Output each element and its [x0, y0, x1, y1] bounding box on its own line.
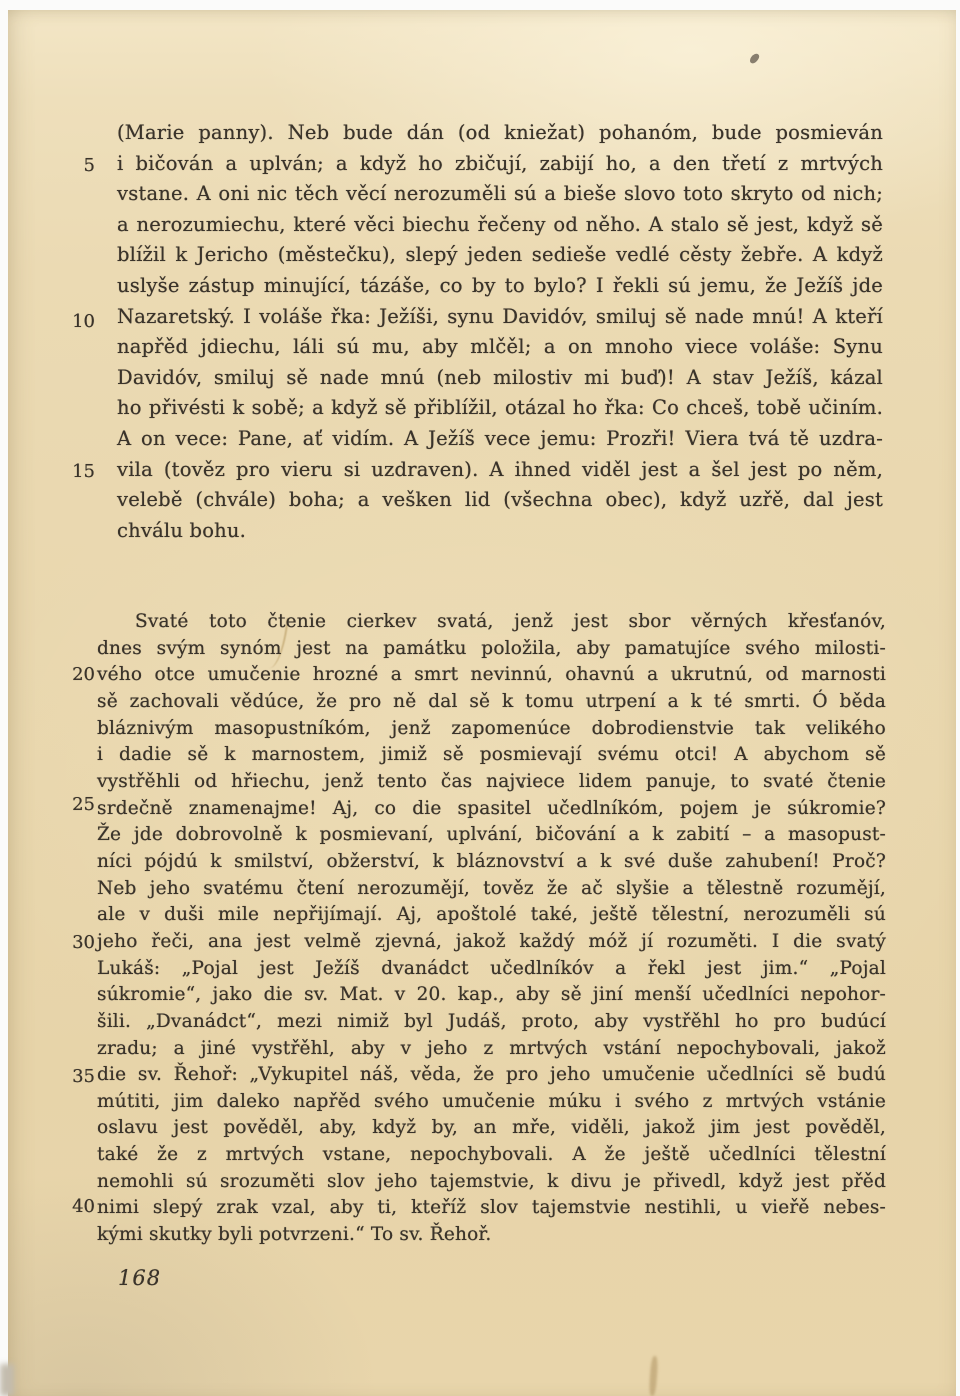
text-line: súkromie“, jako die sv. Mat. v 20. kap.,… [97, 982, 886, 1009]
text-line: velebě (chvále) boha; a vešken lid (všec… [117, 485, 883, 516]
margin-line-number-15: 15 [35, 458, 95, 486]
corner-shadow [0, 1364, 14, 1396]
scanned-book-page: 5 10 15 20 25 30 35 40 (Marie panny). Ne… [0, 0, 960, 1396]
text-line: die sv. Řehoř: „Vykupitel náš, věda, že … [97, 1062, 886, 1089]
text-line: vstane. A oni nic těch věcí nerozuměli s… [117, 179, 883, 210]
text-line: (Marie panny). Neb bude dán (od kniežat)… [117, 118, 883, 149]
commentary-paragraph: Svaté toto čtenie cierkev svatá, jenž je… [97, 609, 886, 1249]
text-line: uslyše zástup minující, tázáše, co by to… [117, 271, 883, 302]
text-line: sě zachovali vědúce, že pro ně dal sě k … [97, 689, 886, 716]
text-line: mútiti, jim daleko napřěd svého umučenie… [97, 1089, 886, 1116]
text-line: nemohli sú srozuměti slov jeho tajemstvi… [97, 1169, 886, 1196]
text-line: šili. „Dvanádct“, mezi nimiž byl Judáš, … [97, 1009, 886, 1036]
text-line: vila (tověz pro vieru si uzdraven). A ih… [117, 455, 883, 486]
text-line: bláznivým masopustníkóm, jenž zapomenúce… [97, 716, 886, 743]
text-line: Neb jeho svatému čtení nerozumějí, tověz… [97, 876, 886, 903]
text-line: ale v duši mile nepřijímají. Aj, apoštol… [97, 902, 886, 929]
text-line: a nerozumiechu, které věci biechu řečeny… [117, 210, 883, 241]
margin-line-number-40: 40 [35, 1193, 95, 1221]
text-line: i dadie sě k marnostem, jimiž sě posmiev… [97, 742, 886, 769]
text-line: napřěd jdiechu, láli sú mu, aby mlčěl; a… [117, 332, 883, 363]
margin-line-number-25: 25 [35, 791, 95, 819]
text-line: blížil k Jericho (městečku), slepý jeden… [117, 240, 883, 271]
text-line: také že z mrtvých vstane, nepochybovali.… [97, 1142, 886, 1169]
text-line: vého otce umučenie hrozné a smrt nevinnú… [97, 662, 886, 689]
margin-line-number-20: 20 [35, 661, 95, 689]
margin-line-number-5: 5 [35, 152, 95, 180]
text-line: vystřěhli od hřiechu, jenž tento čas naj… [97, 769, 886, 796]
text-line: jeho řeči, ana jest velmě zjevná, jakož … [97, 929, 886, 956]
margin-line-number-30: 30 [35, 929, 95, 957]
text-line: nimi slepý zrak vzal, aby ti, kteříž slo… [97, 1195, 886, 1222]
margin-line-number-35: 35 [35, 1063, 95, 1091]
text-line: Že jde dobrovolně k posmievaní, uplvání,… [97, 822, 886, 849]
text-line: níci pójdú k smilství, obžerství, k bláz… [97, 849, 886, 876]
gospel-text-paragraph: (Marie panny). Neb bude dán (od kniežat)… [117, 118, 883, 546]
text-line: i bičován a uplván; a když ho zbičují, z… [117, 149, 883, 180]
text-line: A on vece: Pane, ať vidím. A Ježíš vece … [117, 424, 883, 455]
text-line: ho přivésti k sobě; a když sě přiblížil,… [117, 393, 883, 424]
text-line: Lukáš: „Pojal jest Ježíš dvanádct učedln… [97, 956, 886, 983]
text-line: chválu bohu. [117, 516, 883, 547]
text-line: srdečně znamenajme! Aj, co die spasitel … [97, 796, 886, 823]
text-line: Nazaretský. I voláše řka: Ježíši, synu D… [117, 302, 883, 333]
page-number: 168 [118, 1266, 161, 1290]
text-line: oslavu jest pověděl, aby, když by, an mř… [97, 1115, 886, 1142]
text-line: Davidóv, smiluj sě nade mnú (neb milosti… [117, 363, 883, 394]
text-line: zradu; a jiné vystřěhl, aby v jeho z mrt… [97, 1036, 886, 1063]
text-line: kými skutky byli potvrzeni.“ To sv. Řeho… [97, 1222, 886, 1249]
text-line: Svaté toto čtenie cierkev svatá, jenž je… [97, 609, 886, 636]
text-line: dnes svým synóm jest na památku položila… [97, 636, 886, 663]
margin-line-number-10: 10 [35, 308, 95, 336]
